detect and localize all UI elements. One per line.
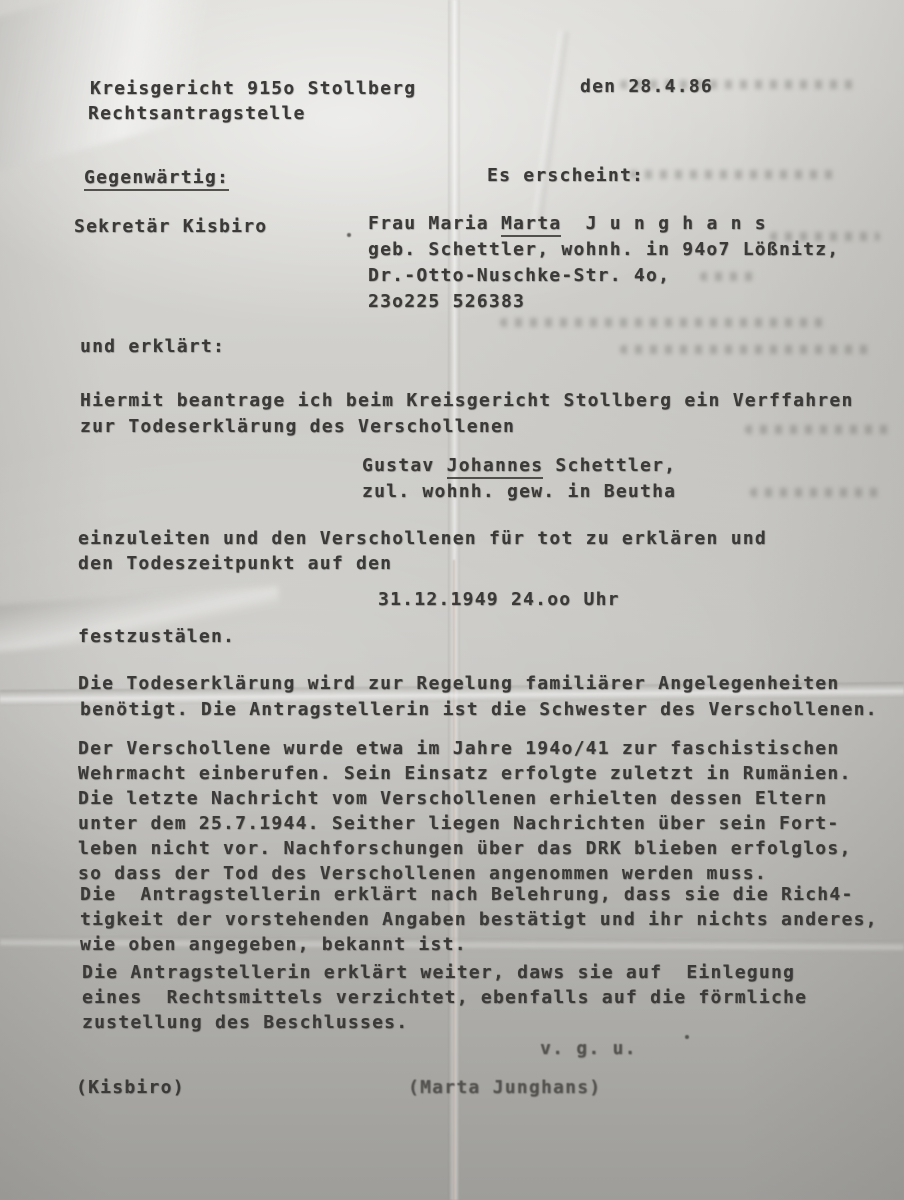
waiver-line-1: Die Antragstellerin erklärt weiter, daws…	[82, 962, 795, 983]
ghost-text-smudge	[620, 345, 870, 354]
request-line-3: festzustälen.	[78, 626, 235, 647]
closing-vgu: v. g. u.	[540, 1038, 637, 1059]
history-line-3: Die letzte Nachricht vom Verschollenen e…	[78, 788, 827, 809]
missing-person-name-line: Gustav Johannes Schettler,	[362, 455, 676, 476]
request-line-1: einzuleiten und den Verschollenen für to…	[78, 528, 767, 549]
court-name-line: Kreisgericht 915o Stollberg	[90, 78, 416, 99]
applicant-id-number: 23o225 526383	[368, 291, 525, 312]
reason-line-1: Die Todeserklärung wird zur Regelung fam…	[78, 673, 839, 694]
applicant-street-line: Dr.-Otto-Nuschke-Str. 4o,	[368, 265, 670, 286]
missing-person-residence: zul. wohnh. gew. in Beutha	[362, 481, 676, 502]
history-line-2: Wehrmacht einberufen. Sein Einsatz erfol…	[78, 763, 852, 784]
affirmation-line-1: Die Antragstellerin erklärt nach Belehru…	[80, 884, 854, 905]
ink-speck	[685, 1035, 689, 1039]
ghost-text-smudge	[750, 488, 880, 497]
office-name-line: Rechtsantragstelle	[88, 103, 306, 124]
applicant-name-line: Frau Maria Marta J u n g h a n s	[368, 213, 767, 234]
affirmation-line-3: wie oben angegeben, bekannt ist.	[80, 934, 467, 955]
affirmation-line-2: tigkeit der vorstehenden Angaben bestäti…	[80, 909, 878, 930]
request-line-2: den Todeszeitpunkt auf den	[78, 553, 392, 574]
clerk-name: Sekretär Kisbiro	[74, 216, 267, 237]
petition-line-1: Hiermit beantrage ich beim Kreisgericht …	[80, 390, 854, 411]
reason-line-2: benötigt. Die Antragstellerin ist die Sc…	[80, 699, 878, 720]
ghost-text-smudge	[500, 318, 830, 327]
signature-clerk: (Kisbiro)	[76, 1077, 185, 1098]
history-line-1: Der Verschollene wurde etwa im Jahre 194…	[78, 738, 839, 759]
document-photo: Kreisgericht 915o Stollberg den 28.4.86 …	[0, 0, 904, 1200]
ghost-text-smudge	[700, 272, 760, 281]
history-line-6: so dass der Tod des Verschollenen angeno…	[78, 863, 767, 884]
applicant-name-underlined: Marta	[501, 213, 561, 237]
applicant-name-prefix: Frau Maria	[368, 213, 501, 234]
petition-line-2: zur Todeserklärung des Verschollenen	[80, 416, 515, 437]
death-datetime: 31.12.1949 24.oo Uhr	[378, 589, 620, 610]
appears-label: Es erscheint:	[487, 165, 644, 186]
history-line-4: unter dem 25.7.1944. Seither liegen Nach…	[78, 813, 839, 834]
applicant-birthname-line: geb. Schettler, wohnh. in 94o7 Lößnitz,	[368, 239, 839, 260]
missing-person-underlined: Johannes	[447, 455, 544, 479]
signature-applicant: (Marta Junghans)	[408, 1077, 601, 1098]
history-line-5: leben nicht vor. Nachforschungen über da…	[78, 838, 852, 859]
ghost-text-smudge	[745, 425, 895, 434]
document-date: den 28.4.86	[580, 76, 713, 97]
applicant-surname-spaced: J u n g h a n s	[561, 213, 766, 234]
present-label: Gegenwärtig:	[84, 167, 229, 188]
missing-person-suffix: Schettler,	[543, 455, 676, 476]
ghost-text-smudge	[630, 170, 840, 179]
declaration-intro: und erklärt:	[80, 336, 225, 357]
present-label-text: Gegenwärtig:	[84, 167, 229, 191]
ink-speck	[347, 233, 351, 237]
waiver-line-2: eines Rechtsmittels verzichtet, ebenfall…	[82, 987, 807, 1008]
missing-person-prefix: Gustav	[362, 455, 447, 476]
waiver-line-3: zustellung des Beschlusses.	[82, 1012, 408, 1033]
